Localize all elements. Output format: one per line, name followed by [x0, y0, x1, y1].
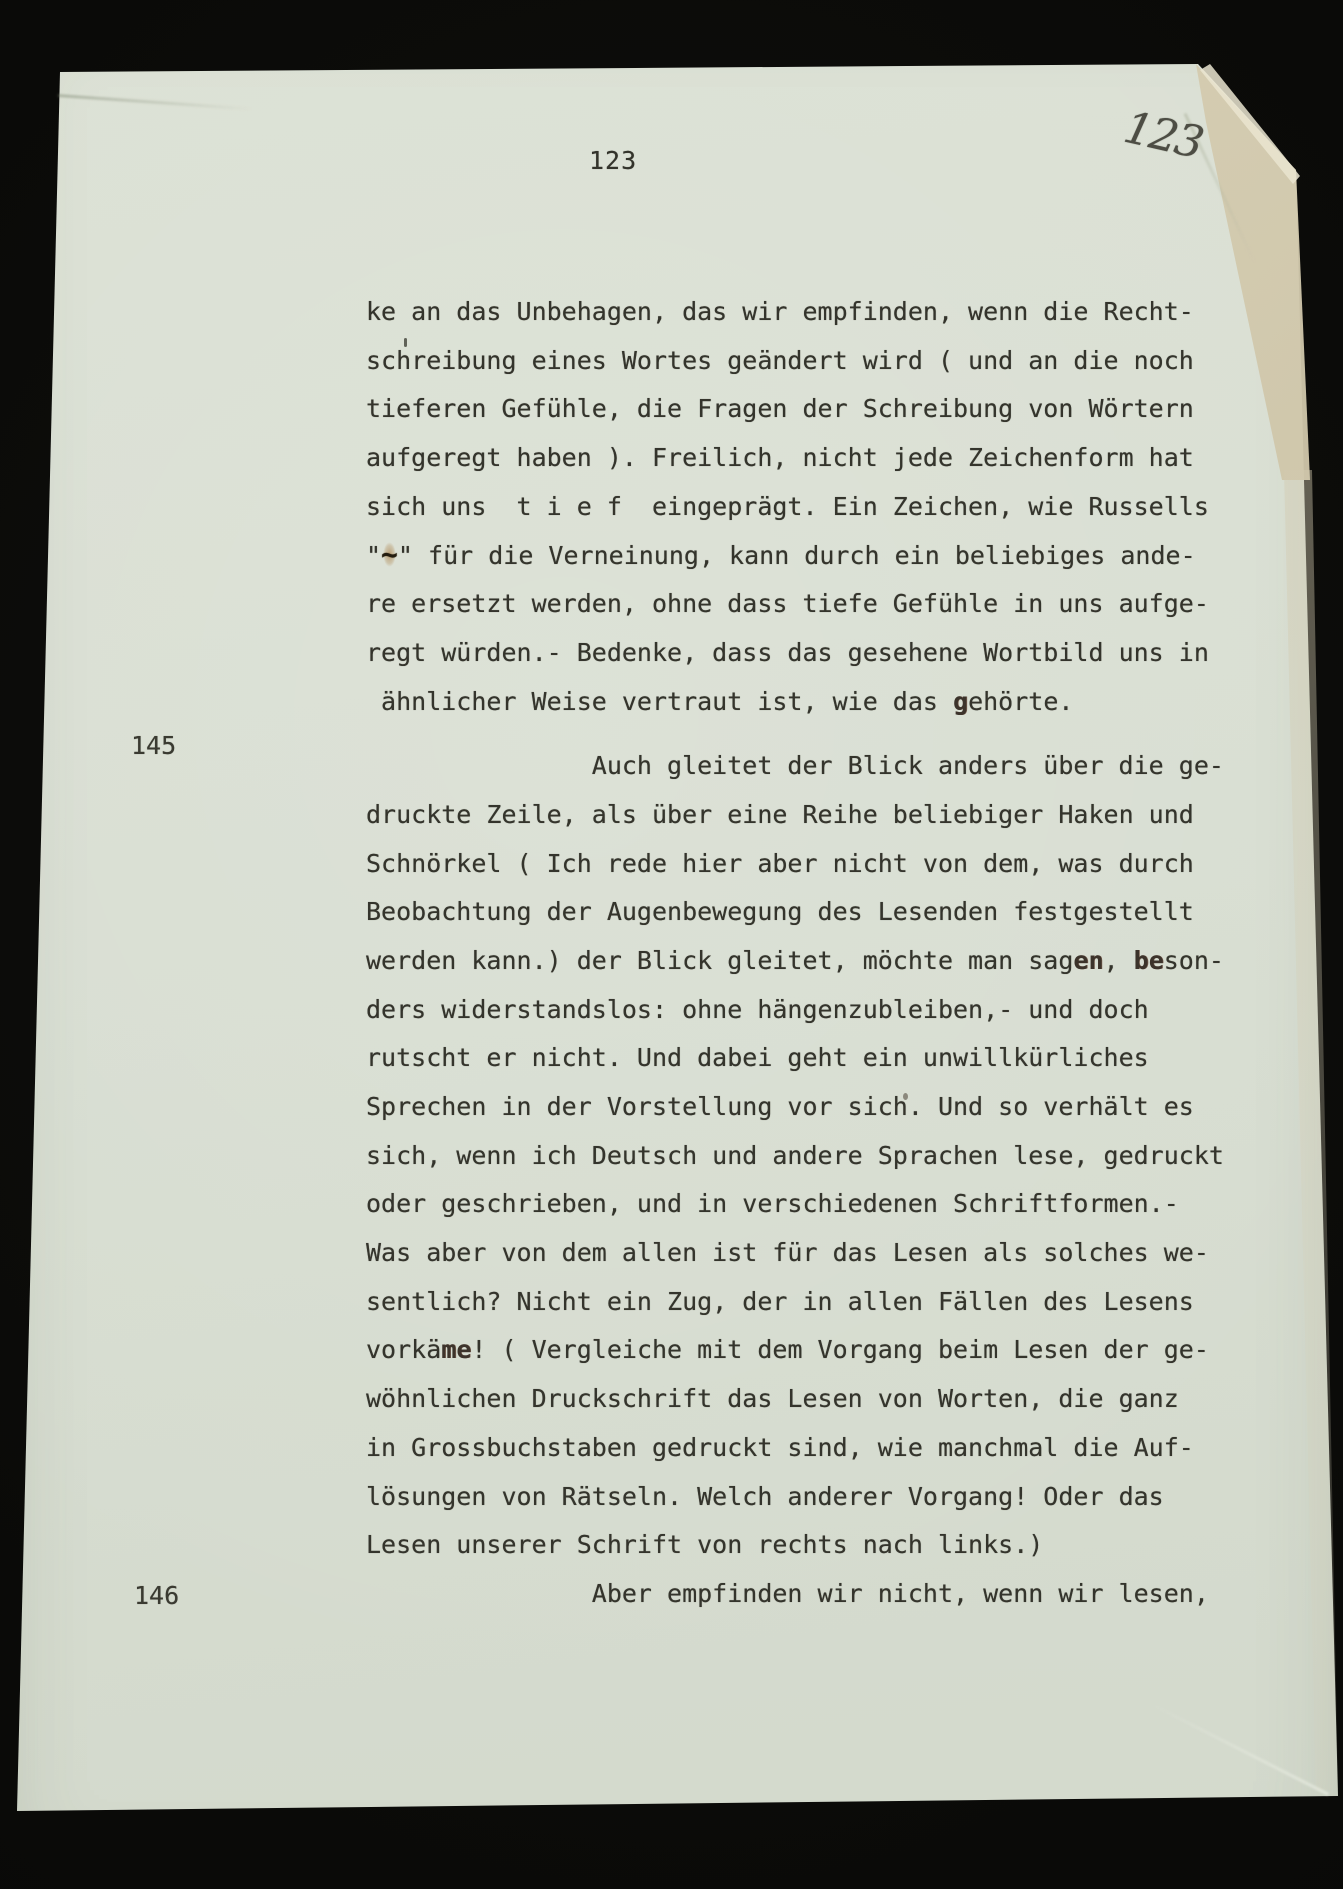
typed-text-segment: ehörte.	[968, 687, 1073, 716]
typed-page-number: 123	[589, 146, 637, 175]
typed-line: vorkäme! ( Vergleiche mit dem Vorgang be…	[366, 1326, 1266, 1375]
overtyped-text: g	[953, 687, 968, 716]
typed-line: Sprechen in der Vorstellung vor sich. Un…	[366, 1083, 1266, 1132]
typed-line: schreibung eines Wortes geändert wird ( …	[366, 337, 1266, 386]
stray-typed-mark	[404, 338, 407, 347]
typed-line: in Grossbuchstaben gedruckt sind, wie ma…	[366, 1424, 1266, 1473]
typed-text-segment: sentlich? Nicht ein Zug, der in allen Fä…	[366, 1287, 1194, 1316]
margin-remark-number-146: 146	[134, 1572, 179, 1620]
typed-line: aufgeregt haben ). Freilich, nicht jede …	[366, 434, 1266, 483]
typed-text-segment: son-	[1164, 946, 1224, 975]
typed-text-segment: "	[366, 541, 381, 570]
typed-line: sich uns t i e f eingeprägt. Ein Zeichen…	[366, 483, 1266, 532]
typed-line: rutscht er nicht. Und dabei geht ein unw…	[366, 1034, 1266, 1083]
typed-text-segment: vorkä	[366, 1335, 441, 1364]
typed-line: sentlich? Nicht ein Zug, der in allen Fä…	[366, 1278, 1266, 1327]
typed-text-segment: ähnlicher Weise vertraut ist, wie das	[381, 687, 953, 716]
typed-line: wöhnlichen Druckschrift das Lesen von Wo…	[366, 1375, 1266, 1424]
photograph-background: 123 123 145 146 ke an das Unbehagen, das…	[0, 0, 1343, 1889]
typed-text-segment: aufgeregt haben ). Freilich, nicht jede …	[366, 443, 1194, 472]
overtyped-text: me	[441, 1335, 471, 1364]
typed-text-segment: sich uns t i e f eingeprägt. Ein Zeichen…	[366, 492, 1209, 521]
margin-remark-number-145: 145	[131, 722, 176, 770]
typed-text-segment: Was aber von dem allen ist für das Lesen…	[366, 1238, 1209, 1267]
typed-line: tieferen Gefühle, die Fragen der Schreib…	[366, 385, 1266, 434]
typed-text-segment: oder geschrieben, und in verschiedenen S…	[366, 1189, 1179, 1218]
stray-typed-mark	[903, 1093, 908, 1100]
typed-text-segment: Auch gleitet der Blick anders über die g…	[592, 751, 1224, 780]
typed-line: Auch gleitet der Blick anders über die g…	[366, 742, 1266, 791]
typed-line: ders widerstandslos: ohne hängenzubleibe…	[366, 986, 1266, 1035]
typed-text-segment: druckte Zeile, als über eine Reihe belie…	[366, 800, 1194, 829]
overtyped-text: en	[1073, 946, 1103, 975]
typed-text-segment: Schnörkel ( Ich rede hier aber nicht von…	[366, 849, 1194, 878]
typed-line: oder geschrieben, und in verschiedenen S…	[366, 1180, 1266, 1229]
typed-text-segment: werden kann.) der Blick gleitet, möchte …	[366, 946, 1073, 975]
typed-line: "∼" für die Verneinung, kann durch ein b…	[366, 531, 1266, 580]
typed-line: Lesen unserer Schrift von rechts nach li…	[366, 1521, 1266, 1570]
typed-text-segment: ke an das Unbehagen, das wir empfinden, …	[366, 297, 1194, 326]
typed-text-segment: schreibung eines Wortes geändert wird ( …	[366, 346, 1194, 375]
typed-text-segment: " für die Verneinung, kann durch ein bel…	[398, 541, 1196, 570]
typed-line: druckte Zeile, als über eine Reihe belie…	[366, 791, 1266, 840]
typed-line: regt würden.- Bedenke, dass das gesehene…	[366, 629, 1266, 678]
typed-text-segment: sich, wenn ich Deutsch und andere Sprach…	[366, 1141, 1224, 1170]
typed-line: werden kann.) der Blick gleitet, möchte …	[366, 937, 1266, 986]
typed-text-segment: rutscht er nicht. Und dabei geht ein unw…	[366, 1043, 1149, 1072]
typed-text-segment: tieferen Gefühle, die Fragen der Schreib…	[366, 394, 1194, 423]
typed-text-segment: wöhnlichen Druckschrift das Lesen von Wo…	[366, 1384, 1179, 1413]
overtyped-text: be	[1134, 946, 1164, 975]
typed-text-segment: ,	[1104, 946, 1134, 975]
typed-text-segment: Sprechen in der Vorstellung vor sich. Un…	[366, 1092, 1194, 1121]
typed-text-segment: ! ( Vergleiche mit dem Vorgang beim Lese…	[471, 1335, 1209, 1364]
typed-text-segment: Lesen unserer Schrift von rechts nach li…	[366, 1530, 1043, 1559]
negation-symbol-tilde: ∼	[381, 538, 398, 571]
typed-text-segment: lösungen von Rätseln. Welch anderer Vorg…	[366, 1482, 1164, 1511]
typed-line: Was aber von dem allen ist für das Lesen…	[366, 1229, 1266, 1278]
typed-line: Schnörkel ( Ich rede hier aber nicht von…	[366, 840, 1266, 889]
typed-line: re ersetzt werden, ohne dass tiefe Gefüh…	[366, 580, 1266, 629]
typed-text-segment: re ersetzt werden, ohne dass tiefe Gefüh…	[366, 589, 1209, 618]
typed-text-block: ke an das Unbehagen, das wir empfinden, …	[366, 288, 1266, 1619]
typed-line: Aber empfinden wir nicht, wenn wir lesen…	[366, 1570, 1266, 1619]
typed-text-segment: Aber empfinden wir nicht, wenn wir lesen…	[592, 1579, 1209, 1608]
typed-line: Beobachtung der Augenbewegung des Lesend…	[366, 888, 1266, 937]
typed-line: ähnlicher Weise vertraut ist, wie das ge…	[366, 678, 1266, 727]
typed-text-segment: ders widerstandslos: ohne hängenzubleibe…	[366, 995, 1149, 1024]
typed-text-segment: in Grossbuchstaben gedruckt sind, wie ma…	[366, 1433, 1194, 1462]
typed-text-segment: regt würden.- Bedenke, dass das gesehene…	[366, 638, 1209, 667]
typed-text-segment: Beobachtung der Augenbewegung des Lesend…	[366, 897, 1194, 926]
typed-line: ke an das Unbehagen, das wir empfinden, …	[366, 288, 1266, 337]
typed-line: sich, wenn ich Deutsch und andere Sprach…	[366, 1132, 1266, 1181]
typed-line: lösungen von Rätseln. Welch anderer Vorg…	[366, 1473, 1266, 1522]
